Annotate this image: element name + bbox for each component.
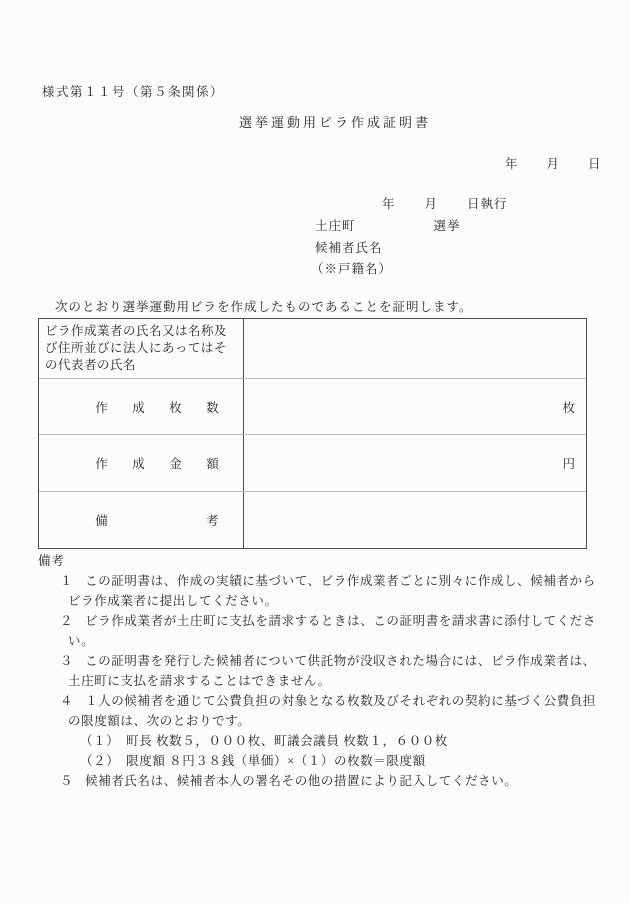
- table-row-maker-info: ビラ作成業者の氏名又は名称及び住所並びに法人にあってはその代表者の氏名: [39, 319, 586, 378]
- municipality-label: 土庄町: [315, 219, 356, 233]
- issue-month-label: 月: [547, 157, 561, 171]
- amount-label: 作 成 金 額: [39, 435, 244, 491]
- certify-statement: 次のとおり選挙運動用ビラを作成したものであることを証明します。: [55, 300, 473, 314]
- note-2-text: ビラ作成業者が土庄町に支払を請求するときは、この証明書を請求書に添付してください…: [68, 614, 596, 648]
- sheet-count-value-cell: 枚: [244, 379, 586, 434]
- note-2-number: ２: [60, 614, 73, 628]
- note-1-text: この証明書は、作成の実績に基づいて、ビラ作成業者ごとに別々に作成し、候補者からビ…: [68, 574, 596, 608]
- page-title: 選挙運動用ビラ作成証明書: [0, 116, 630, 131]
- municipality-election-line: 土庄町 選挙: [315, 219, 461, 233]
- notes-section: 備考 １この証明書は、作成の実績に基づいて、ビラ作成業者ごとに別々に作成し、候補…: [38, 551, 598, 791]
- issue-day-label: 日: [588, 157, 602, 171]
- amount-unit: 円: [562, 454, 576, 472]
- document-page: 様式第１１号（第５条関係） 選挙運動用ビラ作成証明書 年 月 日 年 月 日執行…: [0, 0, 630, 903]
- remarks-value-cell: [244, 492, 586, 548]
- remarks-label: 備 考: [39, 492, 244, 548]
- sheet-count-label: 作 成 枚 数: [39, 379, 244, 434]
- note-item-5: ５候補者氏名は、候補者本人の署名その他の措置により記入してください。: [38, 771, 598, 791]
- candidate-name-label: 候補者氏名: [315, 241, 383, 255]
- exec-year-label: 年: [382, 197, 396, 211]
- exec-day-label: 日執行: [467, 197, 508, 211]
- issue-date-line: 年 月 日: [505, 157, 602, 171]
- note-4-sub-2: （２） 限度額 ８円３８銭（単価）×（１）の枚数＝限度額: [80, 751, 598, 771]
- election-label: 選挙: [434, 219, 461, 233]
- certificate-table: ビラ作成業者の氏名又は名称及び住所並びに法人にあってはその代表者の氏名 作 成 …: [38, 318, 587, 549]
- form-number: 様式第１１号（第５条関係）: [42, 85, 224, 99]
- note-item-2: ２ビラ作成業者が土庄町に支払を請求するときは、この証明書を請求書に添付してくださ…: [38, 611, 598, 651]
- maker-info-label: ビラ作成業者の氏名又は名称及び住所並びに法人にあってはその代表者の氏名: [39, 319, 244, 378]
- note-1-number: １: [60, 574, 73, 588]
- table-row-amount: 作 成 金 額 円: [39, 434, 586, 491]
- execution-date-line: 年 月 日執行: [382, 197, 508, 211]
- table-row-sheet-count: 作 成 枚 数 枚: [39, 378, 586, 434]
- note-3-text: この証明書を発行した候補者について供託物が没収された場合には、ビラ作成業者は、土…: [68, 654, 596, 688]
- note-item-3: ３この証明書を発行した候補者について供託物が没収された場合には、ビラ作成業者は、…: [38, 651, 598, 691]
- notes-heading: 備考: [38, 551, 598, 571]
- koseki-name-note: （※戸籍名）: [311, 262, 392, 276]
- note-item-1: １この証明書は、作成の実績に基づいて、ビラ作成業者ごとに別々に作成し、候補者から…: [38, 571, 598, 611]
- sheet-count-unit: 枚: [562, 398, 576, 416]
- amount-value-cell: 円: [244, 435, 586, 491]
- note-4-sub-1: （１） 町長 枚数５，０００枚、町議会議員 枚数１，６００枚: [80, 731, 598, 751]
- note-5-text: 候補者氏名は、候補者本人の署名その他の措置により記入してください。: [85, 774, 517, 788]
- maker-info-value-cell: [244, 319, 586, 378]
- issue-year-label: 年: [505, 157, 519, 171]
- note-4-number: ４: [60, 694, 73, 708]
- note-item-4: ４１人の候補者を通じて公費負担の対象となる枚数及びそれぞれの契約に基づく公費負担…: [38, 691, 598, 771]
- note-4-text: １人の候補者を通じて公費負担の対象となる枚数及びそれぞれの契約に基づく公費負担の…: [68, 694, 596, 728]
- exec-month-label: 月: [425, 197, 439, 211]
- note-3-number: ３: [60, 654, 73, 668]
- table-row-remarks: 備 考: [39, 491, 586, 548]
- note-5-number: ５: [60, 774, 73, 788]
